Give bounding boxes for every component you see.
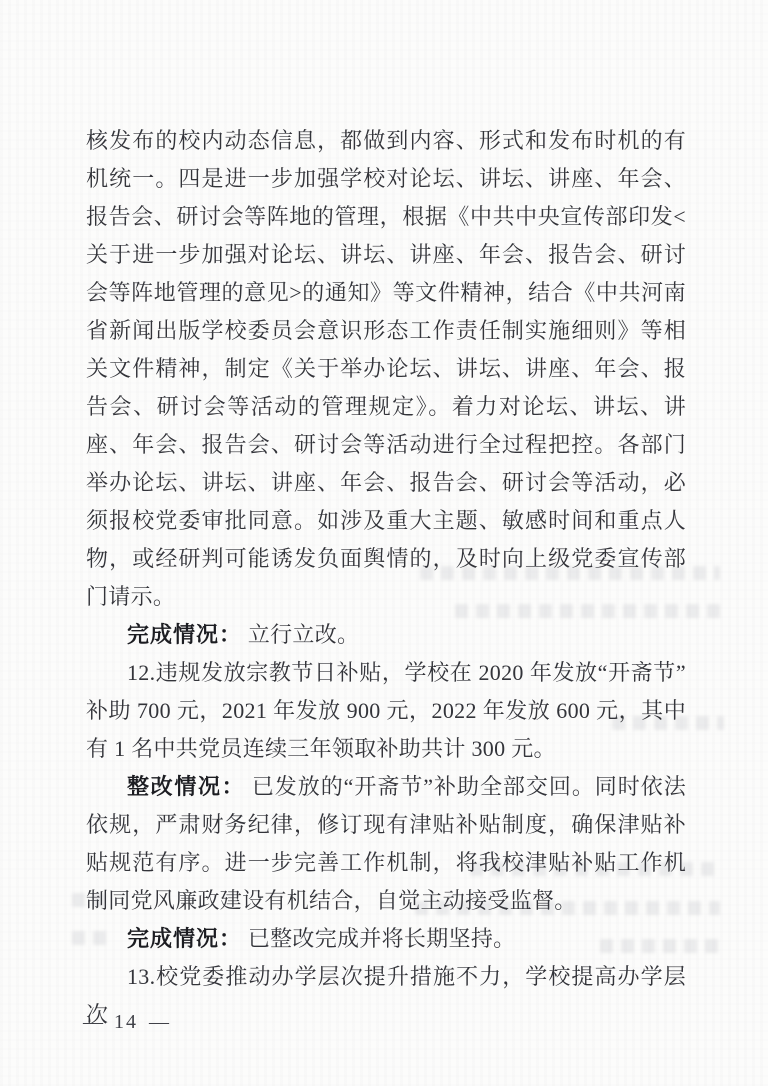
status-text: 已整改完成并将长期坚持。 [248,926,516,951]
completion-status-item-12: 完成情况： 已整改完成并将长期坚持。 [86,920,686,958]
completion-status-item-11: 完成情况： 立行立改。 [86,616,686,654]
rectification-status-item-12: 整改情况： 已发放的“开斋节”补助全部交回。同时依法依规，严肃财务纪律，修订现有… [86,768,686,920]
paragraph-continuation-item-11: 核发布的校内动态信息，都做到内容、形式和发布时机的有机统一。四是进一步加强学校对… [86,122,686,616]
footer-dash-right: — [149,1008,169,1036]
page-number: —14— [83,1008,169,1036]
scanned-document-page: 核发布的校内动态信息，都做到内容、形式和发布时机的有机统一。四是进一步加强学校对… [0,0,768,1086]
status-label: 整改情况： [127,774,245,799]
footer-page-number: 14 [114,1008,138,1036]
page-body: 核发布的校内动态信息，都做到内容、形式和发布时机的有机统一。四是进一步加强学校对… [86,122,686,1034]
status-text: 立行立改。 [248,622,360,647]
paragraph-item-12: 12.违规发放宗教节日补贴，学校在 2020 年发放“开斋节”补助 700 元，… [86,654,686,768]
status-label: 完成情况： [127,926,242,951]
footer-dash-left: — [83,1008,103,1036]
status-label: 完成情况： [127,622,242,647]
paragraph-item-13: 13.校党委推动办学层次提升措施不力，学校提高办学层次 [86,958,686,1034]
